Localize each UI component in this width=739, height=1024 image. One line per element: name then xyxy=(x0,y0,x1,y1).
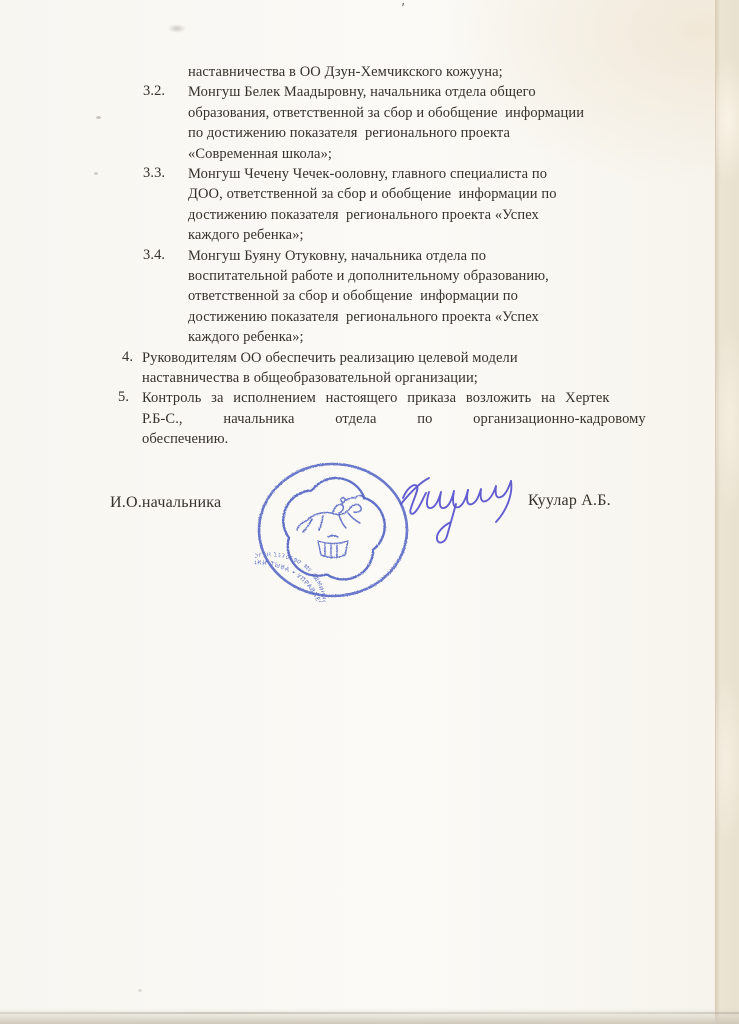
item-number: 4. xyxy=(122,349,133,366)
stamp-crown xyxy=(318,536,348,559)
scan-edge-bottom-shadow xyxy=(0,1008,739,1024)
doc-line: образования, ответственной за сбор и обо… xyxy=(188,104,584,122)
item-number: 3.2. xyxy=(143,83,165,100)
signatory-position-label: И.О.начальника xyxy=(110,494,221,512)
doc-line: Р.Б-С., начальника отдела по организацио… xyxy=(142,410,646,428)
doc-line: Монгуш Белек Маадыровну, начальника отде… xyxy=(188,83,536,101)
doc-line: обеспечению. xyxy=(142,430,228,448)
signatory-name-label: Куулар А.Б. xyxy=(528,492,611,510)
doc-line: Контроль за исполнением настоящего прика… xyxy=(142,389,610,407)
doc-line: «Современная школа»; xyxy=(188,145,332,163)
doc-line: Монгуш Чечену Чечек-ооловну, главного сп… xyxy=(188,165,547,183)
doc-line: каждого ребенка»; xyxy=(188,226,304,244)
scan-smudge xyxy=(168,24,186,33)
doc-line: ДОО, ответственной за сбор и обобщение и… xyxy=(188,185,557,203)
doc-line: Монгуш Буяну Отуковну, начальника отдела… xyxy=(188,247,486,265)
document-text-block: наставничества в ОО Дзун-Хемчикского кож… xyxy=(0,63,739,483)
item-number: 5. xyxy=(118,389,129,406)
doc-line: воспитательной работе и дополнительному … xyxy=(188,267,549,285)
doc-line: ответственной за сбор и обобщение информ… xyxy=(188,287,518,305)
stamp-horseman xyxy=(297,495,364,532)
doc-line: наставничества в общеобразовательной орг… xyxy=(142,369,478,387)
doc-line: Руководителям ОО обеспечить реализацию ц… xyxy=(142,349,518,367)
item-number: 3.4. xyxy=(143,247,165,264)
stamp-rosette xyxy=(276,471,391,584)
official-stamp: УПРАВЛЕНИЕ ОБРАЗОВАНИЯ АДМИНИСТРАЦИИ ДЗУ… xyxy=(255,458,411,602)
doc-line: достижению показателя регионального прое… xyxy=(188,206,539,224)
scan-speck-tick: ’ xyxy=(401,2,405,17)
doc-line: наставничества в ОО Дзун-Хемчикского кож… xyxy=(188,63,503,81)
item-number: 3.3. xyxy=(143,165,165,182)
doc-line: достижению показателя регионального прое… xyxy=(188,308,539,326)
doc-line: каждого ребенка»; xyxy=(188,328,304,346)
scanned-document-page: ’ наставничества в ОО Дзун-Хемчикского к… xyxy=(0,0,739,1024)
signature-ink xyxy=(393,452,533,552)
scan-speck xyxy=(138,989,142,992)
doc-line: по достижению показателя регионального п… xyxy=(188,124,510,142)
